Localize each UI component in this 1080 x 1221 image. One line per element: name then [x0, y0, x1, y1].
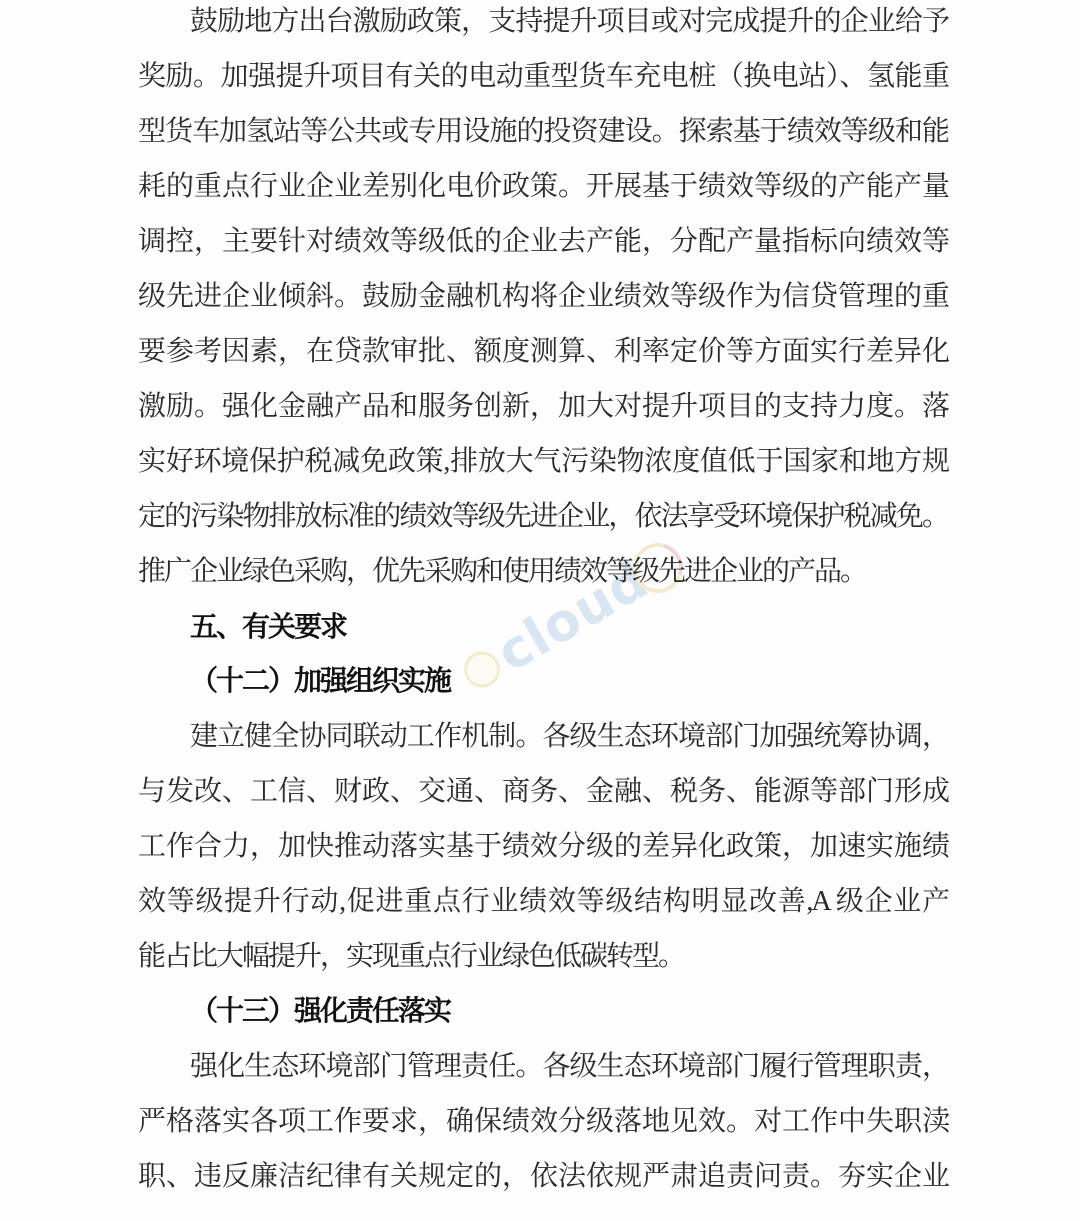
paragraph-line: 建立健全协同联动工作机制。各级生态环境部门加强统筹协调， [138, 709, 948, 764]
paragraph-line: 调控，主要针对绩效等级低的企业去产能，分配产量指标向绩效等 [138, 214, 948, 269]
paragraph-line: 耗的重点行业企业差别化电价政策。开展基于绩效等级的产能产量 [138, 159, 948, 214]
section-heading: 五、有关要求 [138, 599, 948, 654]
paragraph-line: 定的污染物排放标准的绩效等级先进企业，依法享受环境保护税减免。 [138, 489, 948, 544]
paragraph-line: 要参考因素，在贷款审批、额度测算、利率定价等方面实行差异化 [138, 324, 948, 379]
paragraph-line: 能占比大幅提升，实现重点行业绿色低碳转型。 [138, 929, 948, 984]
paragraph-line: 职、违反廉洁纪律有关规定的，依法依规严肃追责问责。夯实企业 [138, 1149, 948, 1204]
paragraph-line: 效等级提升行动,促进重点行业绩效等级结构明显改善,A 级企业产 [138, 874, 948, 929]
paragraph-line: 强化生态环境部门管理责任。各级生态环境部门履行管理职责， [138, 1039, 948, 1094]
paragraph-line: 激励。强化金融产品和服务创新，加大对提升项目的支持力度。落 [138, 379, 948, 434]
paragraph-line: 型货车加氢站等公共或专用设施的投资建设。探索基于绩效等级和能 [138, 104, 948, 159]
paragraph-line: 与发改、工信、财政、交通、商务、金融、税务、能源等部门形成 [138, 764, 948, 819]
document-page: cloud 鼓励地方出台激励政策，支持提升项目或对完成提升的企业给予 奖励。加强… [0, 0, 1080, 1221]
subsection-heading: （十三）强化责任落实 [138, 984, 948, 1039]
paragraph-line: 级先进企业倾斜。鼓励金融机构将企业绩效等级作为信贷管理的重 [138, 269, 948, 324]
paragraph-line: 实好环境保护税减免政策,排放大气污染物浓度值低于国家和地方规 [138, 434, 948, 489]
paragraph-line: 奖励。加强提升项目有关的电动重型货车充电桩（换电站）、氢能重 [138, 49, 948, 104]
paragraph-line: 推广企业绿色采购，优先采购和使用绩效等级先进企业的产品。 [138, 544, 948, 599]
paragraph-line: 鼓励地方出台激励政策，支持提升项目或对完成提升的企业给予 [138, 0, 948, 49]
paragraph-line: 工作合力，加快推动落实基于绩效分级的差异化政策，加速实施绩 [138, 819, 948, 874]
document-text: 鼓励地方出台激励政策，支持提升项目或对完成提升的企业给予 奖励。加强提升项目有关… [138, 0, 948, 1204]
paragraph-line: 严格落实各项工作要求，确保绩效分级落地见效。对工作中失职渎 [138, 1094, 948, 1149]
subsection-heading: （十二）加强组织实施 [138, 654, 948, 709]
